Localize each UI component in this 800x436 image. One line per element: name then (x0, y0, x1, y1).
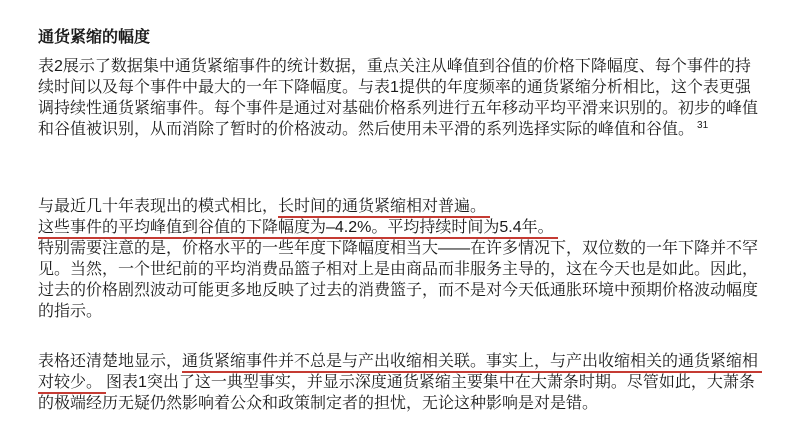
text-line: 的极端经历无疑仍然影响着公众和政策制定者的担忧，无论这种影响是对是错。 (38, 393, 783, 414)
text-line: 与最近几十年表现出的模式相比，长时间的通货紧缩相对普遍。 (38, 196, 783, 217)
text-segment: 表2展示了数据集中通货紧缩事件的统计数据，重点关注从峰值到谷值的价格下降幅度、每… (38, 58, 751, 75)
text-line: 过去的价格剧烈波动可能更多地反映了过去的消费篮子，而不是对今天低通胀环境中预期价… (38, 280, 783, 301)
text-line: 特别需要注意的是，价格水平的一些年度下降幅度相当大——在许多情况下，双位数的一年… (38, 238, 783, 259)
text-segment: 见。当然，一个世纪前的平均消费品篮子相对上是由商品而非服务主导的，这在今天也是如… (38, 261, 758, 278)
paragraph-findings: 与最近几十年表现出的模式相比，长时间的通货紧缩相对普遍。这些事件的平均峰值到谷值… (38, 196, 783, 322)
text-segment: 与最近几十年表现出的模式相比， (38, 198, 278, 215)
text-segment: 过去的价格剧烈波动可能更多地反映了过去的消费篮子，而不是对今天低通胀环境中预期价… (38, 282, 758, 299)
text-line: 表格还清楚地显示，通货紧缩事件并不总是与产出收缩相关联。事实上，与产出收缩相关的… (38, 351, 783, 372)
document-page: 通货紧缩的幅度 表2展示了数据集中通货紧缩事件的统计数据，重点关注从峰值到谷值的… (0, 0, 800, 436)
section-title: 通货紧缩的幅度 (38, 28, 150, 48)
text-line: 续时间以及每个事件中最大的一年下降幅度。与表1提供的年度频率的通货紧缩分析相比，… (38, 77, 783, 98)
text-segment: 的指示。 (38, 303, 102, 320)
text-line: 对较少。图表1突出了这一典型事实，并显示深度通货紧缩主要集中在大萧条时期。尽管如… (38, 372, 783, 393)
text-line: 和谷值被识别，从而消除了暂时的价格波动。然后使用未平滑的系列选择实际的峰值和谷值… (38, 119, 783, 140)
text-line: 表2展示了数据集中通货紧缩事件的统计数据，重点关注从峰值到谷值的价格下降幅度、每… (38, 56, 783, 77)
text-segment: 调持续性通货紧缩事件。每个事件是通过对基础价格系列进行五年移动平均平滑来识别的。… (38, 100, 758, 117)
text-segment: 图表1突出了这一典型事实，并显示深度通货紧缩主要集中在大萧条时期。尽管如此，大萧… (106, 374, 755, 391)
footnote-superscript: 31 (697, 120, 708, 131)
text-segment: 和谷值被识别，从而消除了暂时的价格波动。然后使用未平滑的系列选择实际的峰值和谷值… (38, 121, 694, 138)
text-segment: 的极端经历无疑仍然影响着公众和政策制定者的担忧，无论这种影响是对是错。 (38, 395, 598, 412)
paragraph-table2-overview: 表2展示了数据集中通货紧缩事件的统计数据，重点关注从峰值到谷值的价格下降幅度、每… (38, 56, 783, 140)
text-segment: 表格还清楚地显示， (38, 353, 182, 370)
text-line: 见。当然，一个世纪前的平均消费品篮子相对上是由商品而非服务主导的，这在今天也是如… (38, 259, 783, 280)
text-segment: 特别需要注意的是，价格水平的一些年度下降幅度相当大——在许多情况下，双位数的一年… (38, 240, 758, 257)
underlined-segment: 通货紧缩事件并不总是与产出收缩相关联。事实上，与产出收缩相关的通货紧缩相 (182, 353, 762, 373)
underlined-segment: 对较少。 (38, 374, 106, 394)
underlined-segment: 长时间的通货紧缩相对普遍。 (278, 198, 490, 218)
text-line: 调持续性通货紧缩事件。每个事件是通过对基础价格系列进行五年移动平均平滑来识别的。… (38, 98, 783, 119)
underlined-segment: 这些事件的平均峰值到谷值的下降幅度为–4.2%。平均持续时间为5.4年。 (38, 219, 558, 239)
text-line: 的指示。 (38, 301, 783, 322)
paragraph-output-link: 表格还清楚地显示，通货紧缩事件并不总是与产出收缩相关联。事实上，与产出收缩相关的… (38, 351, 783, 414)
text-segment: 续时间以及每个事件中最大的一年下降幅度。与表1提供的年度频率的通货紧缩分析相比，… (38, 79, 751, 96)
text-line: 这些事件的平均峰值到谷值的下降幅度为–4.2%。平均持续时间为5.4年。 (38, 217, 783, 238)
